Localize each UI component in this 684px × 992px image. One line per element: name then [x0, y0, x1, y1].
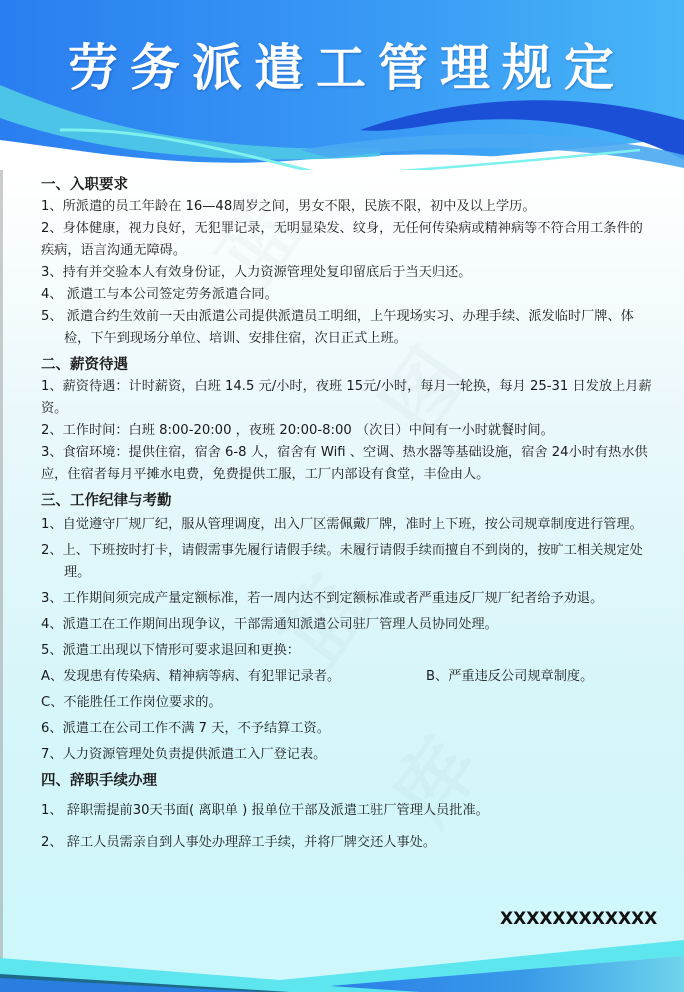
list-item: 7、人力资源管理处负责提供派遣工入厂登记表。	[41, 744, 655, 766]
list-item: 2、 辞工人员需亲自到人事处办理辞工手续，并将厂牌交还人事处。	[41, 832, 655, 854]
list-item: 1、薪资待遇：计时薪资，白班 14.5 元/小时，夜班 15元/小时，每月一轮换…	[41, 376, 655, 420]
list-item: 1、 辞职需提前30天书面( 离职单 ) 报单位干部及派遣工驻厂管理人员批准。	[41, 800, 655, 822]
poster-header: 劳务派遣工管理规定	[0, 0, 684, 170]
list-item: 3、工作期间须完成产量定额标准，若一周内达不到定额标准或者严重违反厂规厂纪者给予…	[41, 588, 655, 610]
sub-item-row: A、发现患有传染病、精神病等病、有犯罪记录者。 B、严重违反公司规章制度。	[41, 666, 655, 688]
section-title: 四、辞职手续办理	[41, 770, 655, 792]
section-title: 一、入职要求	[41, 174, 655, 196]
list-item: 6、派遣工在公司工作不满 7 天，不予结算工资。	[41, 718, 655, 740]
company-signature: XXXXXXXXXXXX	[500, 909, 657, 929]
list-item: 1、所派遣的员工年龄在 16—48周岁之间，男女不限，民族不限，初中及以上学历。	[41, 196, 655, 218]
list-item: 5、 派遣合约生效前一天由派遣公司提供派遣员工明细，上午现场实习、办理手续、派发…	[41, 306, 655, 350]
section-onboarding: 一、入职要求 1、所派遣的员工年龄在 16—48周岁之间，男女不限，民族不限，初…	[41, 174, 655, 350]
list-item: 1、自觉遵守厂规厂纪，服从管理调度，出入厂区需佩戴厂牌，准时上下班，按公司规章制…	[41, 514, 655, 536]
list-item: 2、工作时间：白班 8:00-20:00 ，夜班 20:00-8:00 （次日）…	[41, 420, 655, 442]
poster-title: 劳务派遣工管理规定	[0, 38, 684, 98]
list-item: 2、上、下班按时打卡，请假需事先履行请假手续。未履行请假手续而擅自不到岗的，按旷…	[41, 540, 655, 584]
list-item: 5、派遣工出现以下情形可要求退回和更换：	[41, 640, 655, 662]
list-item: 3、食宿环境：提供住宿，宿舍 6-8 人，宿舍有 Wifi 、空调、热水器等基础…	[41, 442, 655, 486]
list-item: 4、 派遣工与本公司签定劳务派遣合同。	[41, 284, 655, 306]
footer-wave-graphic	[0, 940, 684, 992]
section-title: 二、薪资待遇	[41, 354, 655, 376]
section-discipline: 三、工作纪律与考勤 1、自觉遵守厂规厂纪，服从管理调度，出入厂区需佩戴厂牌，准时…	[41, 490, 655, 766]
poster-content: 一、入职要求 1、所派遣的员工年龄在 16—48周岁之间，男女不限，民族不限，初…	[41, 174, 655, 854]
sub-item-b: B、严重违反公司规章制度。	[426, 666, 593, 688]
list-item: 4、派遣工在工作期间出现争议，干部需通知派遣公司驻厂管理人员协同处理。	[41, 614, 655, 636]
list-item: 3、持有并交验本人有效身份证，人力资源管理处复印留底后于当天归还。	[41, 262, 655, 284]
section-resignation: 四、辞职手续办理 1、 辞职需提前30天书面( 离职单 ) 报单位干部及派遣工驻…	[41, 770, 655, 854]
section-salary: 二、薪资待遇 1、薪资待遇：计时薪资，白班 14.5 元/小时，夜班 15元/小…	[41, 354, 655, 486]
section-title: 三、工作纪律与考勤	[41, 490, 655, 512]
list-item: 2、身体健康，视力良好，无犯罪记录，无明显染发、纹身，无任何传染病或精神病等不符…	[41, 218, 655, 262]
sub-item-a: A、发现患有传染病、精神病等病、有犯罪记录者。	[41, 666, 426, 688]
sub-item-c: C、不能胜任工作岗位要求的。	[41, 692, 655, 714]
